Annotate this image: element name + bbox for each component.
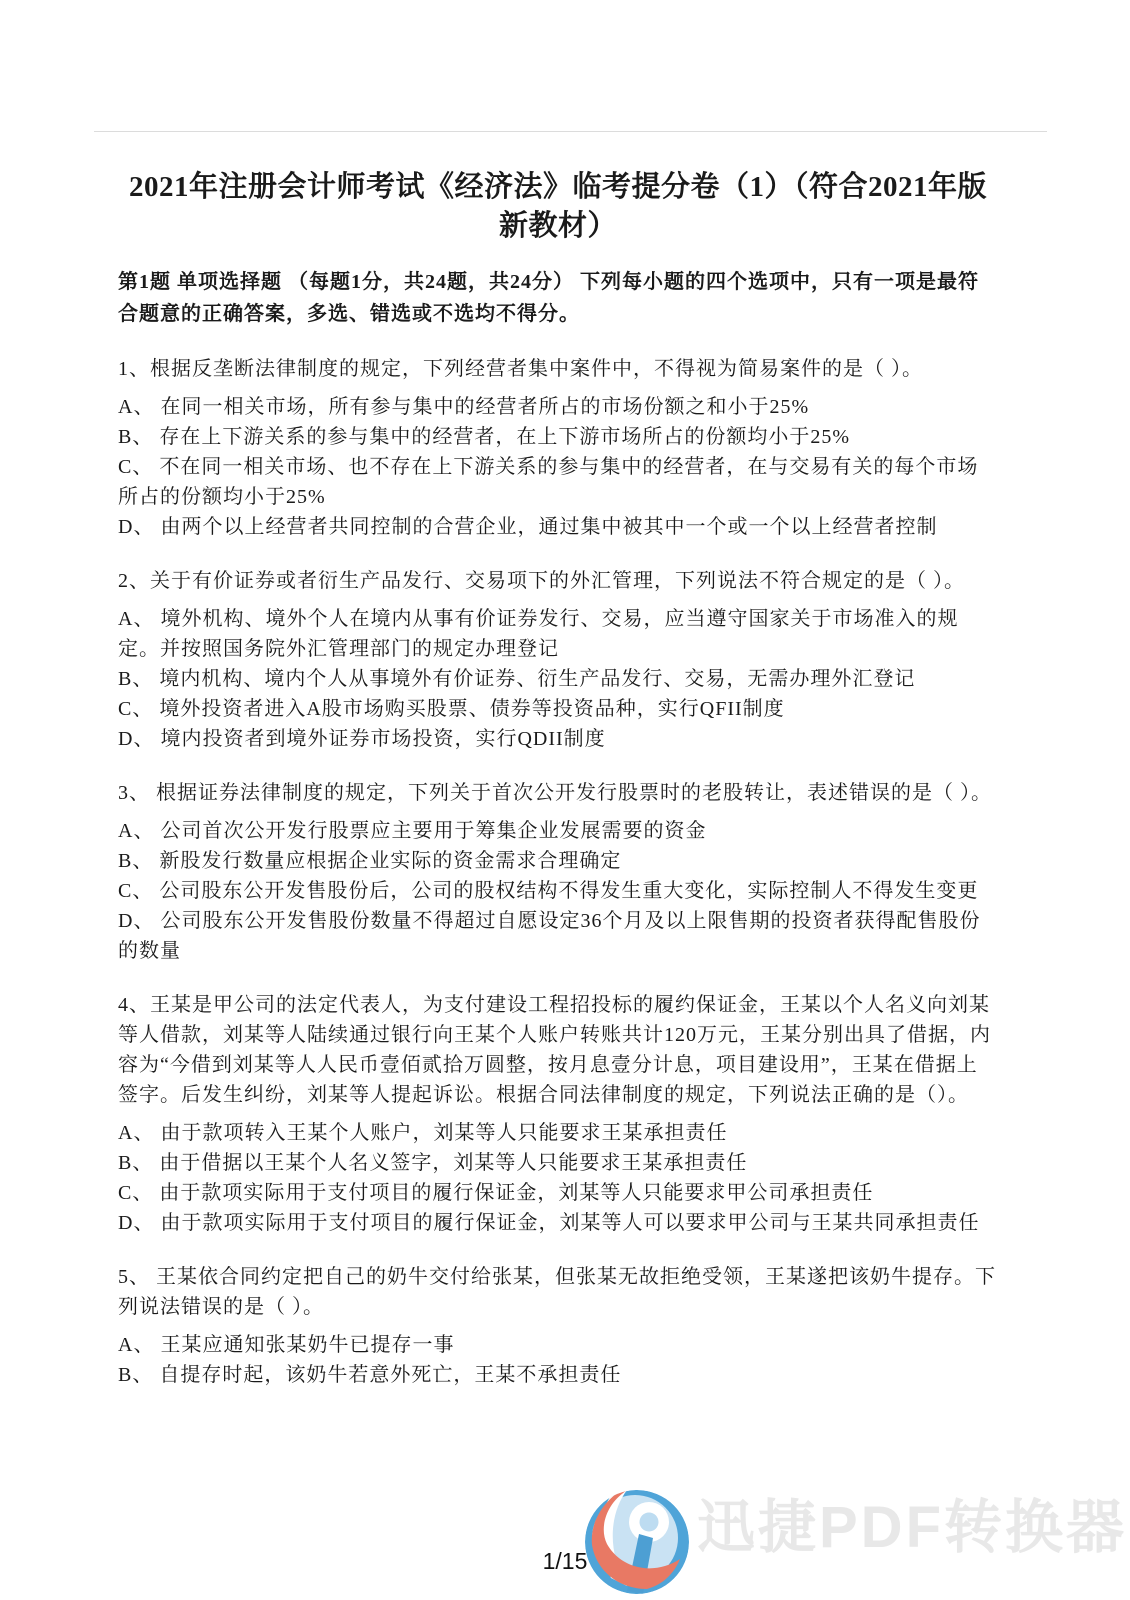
watermark: 迅捷PDF转换器 bbox=[585, 1490, 1130, 1600]
question-1-option-d: D、 由两个以上经营者共同控制的合营企业，通过集中被其中一个或一个以上经营者控制 bbox=[118, 512, 998, 542]
question-1-option-a: A、 在同一相关市场，所有参与集中的经营者所占的市场份额之和小于25% bbox=[118, 392, 998, 422]
question-4-option-a: A、 由于款项转入王某个人账户，刘某等人只能要求王某承担责任 bbox=[118, 1118, 998, 1148]
question-1-option-b: B、 存在上下游关系的参与集中的经营者，在上下游市场所占的份额均小于25% bbox=[118, 422, 998, 452]
xunjie-pdf-converter-logo-icon bbox=[585, 1490, 689, 1594]
question-5: 5、 王某依合同约定把自己的奶牛交付给张某，但张某无故拒绝受领，王某遂把该奶牛提… bbox=[118, 1262, 998, 1390]
question-4-option-c: C、 由于款项实际用于支付项目的履行保证金，刘某等人只能要求甲公司承担责任 bbox=[118, 1178, 998, 1208]
document-title: 2021年注册会计师考试《经济法》临考提分卷（1）（符合2021年版新教材） bbox=[118, 168, 998, 246]
question-3-option-b: B、 新股发行数量应根据企业实际的资金需求合理确定 bbox=[118, 846, 998, 876]
question-4-stem: 4、王某是甲公司的法定代表人，为支付建设工程招投标的履约保证金，王某以个人名义向… bbox=[118, 990, 998, 1110]
question-2: 2、关于有价证券或者衍生产品发行、交易项下的外汇管理，下列说法不符合规定的是（ … bbox=[118, 566, 998, 754]
question-1: 1、根据反垄断法律制度的规定，下列经营者集中案件中，不得视为简易案件的是（ ）。… bbox=[118, 354, 998, 542]
question-5-stem: 5、 王某依合同约定把自己的奶牛交付给张某，但张某无故拒绝受领，王某遂把该奶牛提… bbox=[118, 1262, 998, 1322]
question-2-stem: 2、关于有价证券或者衍生产品发行、交易项下的外汇管理，下列说法不符合规定的是（ … bbox=[118, 566, 998, 596]
question-2-option-c: C、 境外投资者进入A股市场购买股票、债券等投资品种，实行QFII制度 bbox=[118, 694, 998, 724]
question-3: 3、 根据证券法律制度的规定，下列关于首次公开发行股票时的老股转让，表述错误的是… bbox=[118, 778, 998, 966]
question-2-option-d: D、 境内投资者到境外证券市场投资，实行QDII制度 bbox=[118, 724, 998, 754]
page-content: 2021年注册会计师考试《经济法》临考提分卷（1）（符合2021年版新教材） 第… bbox=[118, 168, 998, 1414]
document-page: 2021年注册会计师考试《经济法》临考提分卷（1）（符合2021年版新教材） 第… bbox=[0, 0, 1130, 1600]
page-number: 1/15 bbox=[0, 1548, 1130, 1575]
question-4-option-d: D、 由于款项实际用于支付项目的履行保证金，刘某等人可以要求甲公司与王某共同承担… bbox=[118, 1208, 998, 1238]
question-1-stem: 1、根据反垄断法律制度的规定，下列经营者集中案件中，不得视为简易案件的是（ ）。 bbox=[118, 354, 998, 384]
question-3-stem: 3、 根据证券法律制度的规定，下列关于首次公开发行股票时的老股转让，表述错误的是… bbox=[118, 778, 998, 808]
question-4: 4、王某是甲公司的法定代表人，为支付建设工程招投标的履约保证金，王某以个人名义向… bbox=[118, 990, 998, 1238]
question-3-option-c: C、 公司股东公开发售股份后，公司的股权结构不得发生重大变化，实际控制人不得发生… bbox=[118, 876, 998, 906]
question-1-option-c: C、 不在同一相关市场、也不存在上下游关系的参与集中的经营者，在与交易有关的每个… bbox=[118, 452, 998, 512]
question-5-option-b: B、 自提存时起，该奶牛若意外死亡，王某不承担责任 bbox=[118, 1360, 998, 1390]
question-2-option-b: B、 境内机构、境内个人从事境外有价证券、衍生产品发行、交易，无需办理外汇登记 bbox=[118, 664, 998, 694]
question-3-option-d: D、 公司股东公开发售股份数量不得超过自愿设定36个月及以上限售期的投资者获得配… bbox=[118, 906, 998, 966]
question-5-option-a: A、 王某应通知张某奶牛已提存一事 bbox=[118, 1330, 998, 1360]
question-3-option-a: A、 公司首次公开发行股票应主要用于筹集企业发展需要的资金 bbox=[118, 816, 998, 846]
page-top-divider bbox=[94, 131, 1047, 132]
question-4-option-b: B、 由于借据以王某个人名义签字，刘某等人只能要求王某承担责任 bbox=[118, 1148, 998, 1178]
section-header: 第1题 单项选择题 （每题1分，共24题，共24分） 下列每小题的四个选项中，只… bbox=[118, 266, 998, 330]
question-2-option-a: A、 境外机构、境外个人在境内从事有价证券发行、交易，应当遵守国家关于市场准入的… bbox=[118, 604, 998, 664]
